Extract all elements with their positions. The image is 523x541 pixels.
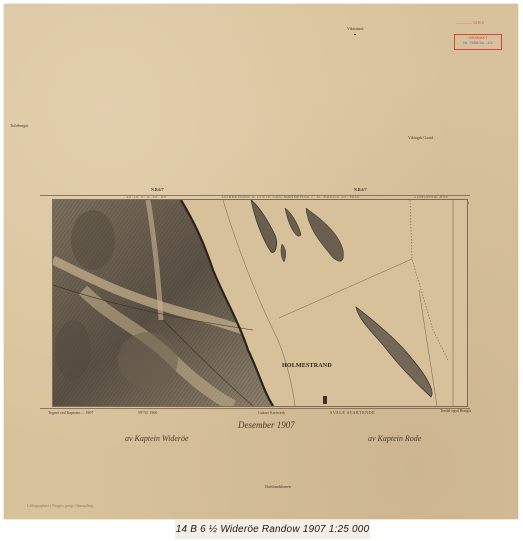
right-margin-label: Vikingsk Gaard xyxy=(408,135,433,140)
map-terrain xyxy=(53,200,467,406)
bottom-margin-label: Hafslundsbanen xyxy=(265,484,291,489)
header-center-code: N.B.6/7 xyxy=(354,187,367,192)
bottom-left-note: Lithographert i Norges geogr. Opmaaling xyxy=(27,503,93,508)
signature-left: av Kaptein Wideröe xyxy=(125,434,189,443)
top-margin-label: Vikersund xyxy=(347,26,363,31)
city-label-holmestrand: HOLMESTRAND xyxy=(282,363,332,369)
left-margin-label: Tofteberget xyxy=(10,123,28,128)
archive-annotation: ———— 14 B 6 xyxy=(456,20,484,25)
map-frame-top-line xyxy=(40,195,470,196)
footer-center-coords: 59°33' 1906 xyxy=(138,410,157,415)
header-left-code: N.B.6/7 xyxy=(151,187,164,192)
island xyxy=(281,244,286,262)
signature-date: Desember 1907 xyxy=(238,420,295,430)
footer-left-note: Tegnet ved Kapitain ... 1907 xyxy=(48,410,93,415)
island xyxy=(251,200,277,253)
stamp-code: Nr. 7658/4a - 1/2 xyxy=(455,40,501,45)
footer-center-right: Lukset Kartwerk xyxy=(258,410,285,415)
archive-stamp: GRADAKT Nr. 7658/4a - 1/2 xyxy=(454,34,502,50)
island xyxy=(285,208,301,236)
footer-right-text: SVALE STARTENDE xyxy=(330,410,375,415)
footer-right-corner: Tordal også Rongla xyxy=(440,408,471,413)
map-frame[interactable] xyxy=(52,199,468,407)
island-langoya xyxy=(356,307,432,397)
tick-mark xyxy=(354,34,356,35)
signature-right: av Kaptein Rode xyxy=(368,434,421,443)
map-frame-bottom-line xyxy=(40,408,470,409)
island xyxy=(306,208,343,261)
catalog-label-strip: 14 B 6 ½ Wideröe Randow 1907 1:25 000 xyxy=(175,520,370,539)
